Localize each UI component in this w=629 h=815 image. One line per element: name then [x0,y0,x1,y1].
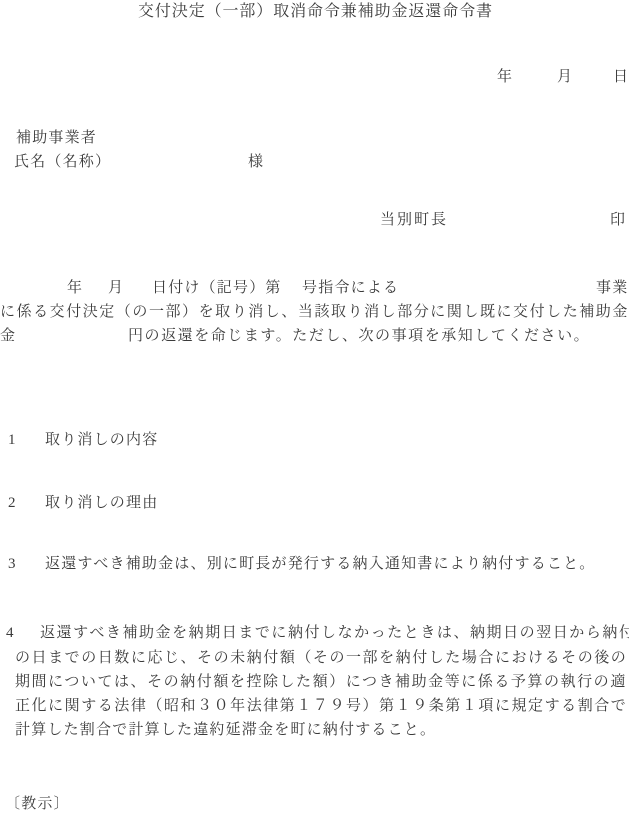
body-business-label: 事業 [596,278,628,299]
document-page: 交付決定（一部）取消命令兼補助金返還命令書 年 月 日 補助事業者 氏名（名称）… [0,0,629,815]
recipient-name-label: 氏名（名称） [14,152,111,173]
body-line-2: に係る交付決定（の一部）を取り消し、当該取り消し部分に関し既に交付した補助金 [0,302,629,323]
date-month-label: 月 [557,67,573,88]
body-date-ref-label: 日付け（記号）第 [152,278,282,299]
item-4-line-4: 正化に関する法律（昭和３０年法律第１７９号）第１９条第１項に規定する割合で [15,696,627,717]
item-1-number: 1 [8,430,17,451]
item-4-line-5: 計算した割合で計算した違約延滞金を町に納付すること。 [15,720,436,741]
issuer-name: 当別町長 [380,210,448,231]
recipient-type-label: 補助事業者 [16,128,97,149]
item-4-line-1: 返還すべき補助金を納期日までに納付しなかったときは、納期日の翌日から納付 [40,623,629,644]
seal-mark: 印 [610,210,626,231]
item-2-text: 取り消しの理由 [45,493,158,514]
date-day-label: 日 [613,67,629,88]
document-title: 交付決定（一部）取消命令兼補助金返還命令書 [138,1,493,22]
item-3-number: 3 [8,554,17,575]
body-year-label: 年 [67,278,83,299]
footer-note: 〔教示〕 [5,794,70,815]
item-4-line-2: の日までの日数に応じ、その未納付額（その一部を納付した場合におけるその後の [15,648,627,669]
item-4-number: 4 [6,623,15,644]
body-amount-prefix: 金 [0,326,16,347]
item-4-line-3: 期間については、その納付額を控除した額）につき補助金等に係る予算の執行の適 [15,672,627,693]
item-2-number: 2 [8,493,17,514]
body-month-label: 月 [108,278,124,299]
item-3-text: 返還すべき補助金は、別に町長が発行する納入通知書により納付すること。 [45,554,596,575]
recipient-honorific-label: 様 [248,152,264,173]
body-amount-rest: 円の返還を命じます。ただし、次の事項を承知してください。 [128,326,590,347]
date-year-label: 年 [497,67,513,88]
body-order-no-label: 号指令による [302,278,399,299]
item-1-text: 取り消しの内容 [45,430,158,451]
